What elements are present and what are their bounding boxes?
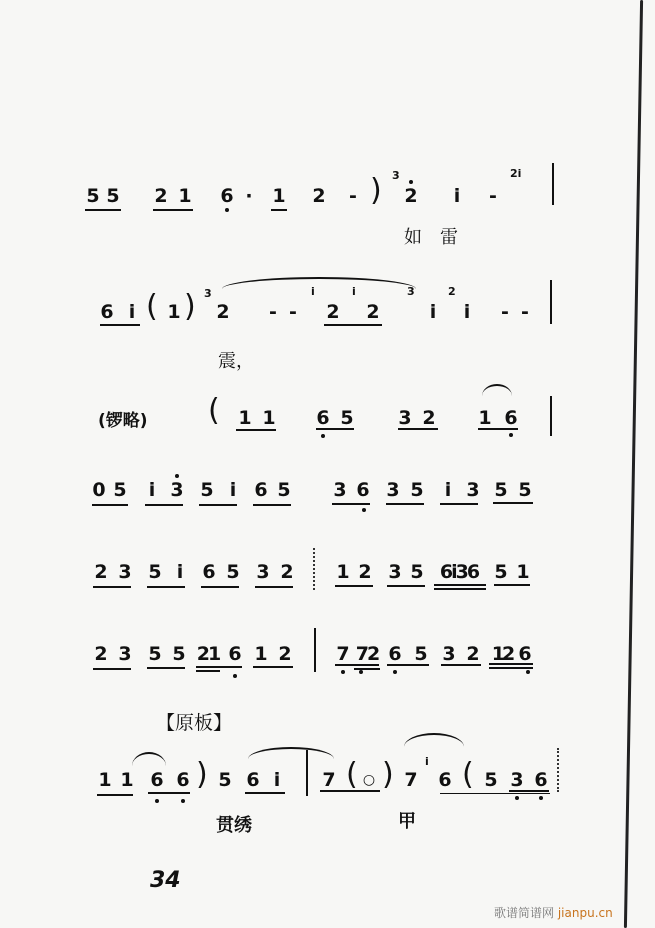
note: 0 bbox=[92, 480, 106, 500]
watermark-latin: jianpu.cn bbox=[558, 906, 613, 920]
barline bbox=[550, 280, 552, 324]
note: i bbox=[173, 562, 187, 582]
note: 5 bbox=[340, 408, 354, 428]
paren: ) bbox=[370, 176, 382, 206]
note: 1 bbox=[167, 302, 181, 322]
note: i bbox=[125, 302, 139, 322]
barline bbox=[306, 750, 308, 796]
note-group: 12 bbox=[490, 644, 514, 664]
grace-note: i bbox=[352, 286, 356, 297]
note: 3 bbox=[170, 480, 184, 500]
percussion-label: (锣略) bbox=[98, 406, 148, 431]
note: 5 bbox=[86, 186, 100, 206]
note: 2 bbox=[404, 186, 418, 206]
note: i bbox=[450, 186, 464, 206]
paren: ( bbox=[146, 292, 158, 322]
note: 5 bbox=[226, 562, 240, 582]
note: 6 bbox=[220, 186, 234, 206]
dash: - bbox=[266, 302, 280, 322]
page-edge bbox=[624, 0, 643, 928]
note: i bbox=[441, 480, 455, 500]
paren: ( bbox=[346, 760, 358, 790]
note: 5 bbox=[218, 770, 232, 790]
note: 1 bbox=[336, 562, 350, 582]
note: 5 bbox=[414, 644, 428, 664]
dash: - bbox=[486, 186, 500, 206]
note: 3 bbox=[118, 644, 132, 664]
note: 5 bbox=[113, 480, 127, 500]
note: 2 bbox=[216, 302, 230, 322]
note: i bbox=[270, 770, 284, 790]
paren: ) bbox=[196, 760, 208, 790]
note: 6 bbox=[534, 770, 548, 790]
note: 7 bbox=[322, 770, 336, 790]
note: 6 bbox=[246, 770, 260, 790]
note: 3 bbox=[256, 562, 270, 582]
note: 1 bbox=[262, 408, 276, 428]
note: 5 bbox=[106, 186, 120, 206]
note: 6 bbox=[228, 644, 242, 664]
note: 2 bbox=[326, 302, 340, 322]
grace-note: 3 bbox=[392, 170, 400, 181]
barline bbox=[550, 396, 552, 436]
grace-note: 2i bbox=[510, 168, 521, 179]
note: 1 bbox=[120, 770, 134, 790]
section-label: 【原板】 bbox=[156, 708, 232, 735]
note-group: 6i36 bbox=[434, 562, 484, 582]
barline bbox=[314, 628, 316, 672]
note: 3 bbox=[388, 562, 402, 582]
grace-note: i bbox=[311, 286, 315, 297]
note: i bbox=[145, 480, 159, 500]
note: 3 bbox=[333, 480, 347, 500]
barline bbox=[552, 163, 554, 205]
note: 5 bbox=[200, 480, 214, 500]
paren: ) bbox=[382, 760, 394, 790]
rest-mark: ○ bbox=[362, 770, 376, 790]
paren: ( bbox=[208, 396, 220, 426]
dot-mark: · bbox=[242, 186, 256, 206]
note: 2 bbox=[278, 644, 292, 664]
note: 5 bbox=[172, 644, 186, 664]
note: 5 bbox=[494, 480, 508, 500]
note: 2 bbox=[422, 408, 436, 428]
grace-note: 3 bbox=[407, 286, 415, 297]
note: 7 bbox=[336, 644, 350, 664]
note: 3 bbox=[466, 480, 480, 500]
note: i bbox=[460, 302, 474, 322]
watermark-cn: 歌谱简谱网 bbox=[494, 906, 554, 920]
note: 2 bbox=[358, 562, 372, 582]
note: 3 bbox=[442, 644, 456, 664]
note: 3 bbox=[510, 770, 524, 790]
paren: ) bbox=[184, 292, 196, 322]
note: 1 bbox=[238, 408, 252, 428]
note: 3 bbox=[386, 480, 400, 500]
note: 3 bbox=[398, 408, 412, 428]
dotted-barline bbox=[557, 748, 559, 792]
page-number: 34 bbox=[150, 868, 181, 893]
note: 6 bbox=[202, 562, 216, 582]
note: 1 bbox=[272, 186, 286, 206]
note: 6 bbox=[438, 770, 452, 790]
note: 6 bbox=[176, 770, 190, 790]
note: 2 bbox=[154, 186, 168, 206]
lyric: 如 bbox=[404, 228, 422, 248]
grace-note: 3 bbox=[204, 288, 212, 299]
dotted-barline bbox=[313, 548, 315, 590]
note: i bbox=[226, 480, 240, 500]
note: 5 bbox=[410, 480, 424, 500]
note: 2 bbox=[280, 562, 294, 582]
lyric: 雷 bbox=[440, 228, 458, 248]
note: 6 bbox=[150, 770, 164, 790]
lyric: 贯绣 bbox=[216, 816, 252, 836]
dash: - bbox=[498, 302, 512, 322]
note: 6 bbox=[316, 408, 330, 428]
lyric: 震， bbox=[218, 352, 254, 372]
note: 5 bbox=[277, 480, 291, 500]
note: 6 bbox=[254, 480, 268, 500]
note: 3 bbox=[118, 562, 132, 582]
note: 2 bbox=[466, 644, 480, 664]
note: 6 bbox=[504, 408, 518, 428]
dash: - bbox=[518, 302, 532, 322]
grace-note: 2 bbox=[448, 286, 456, 297]
note: 2 bbox=[94, 562, 108, 582]
note: 6 bbox=[356, 480, 370, 500]
note: 2 bbox=[312, 186, 326, 206]
note: 2 bbox=[366, 302, 380, 322]
note: 1 bbox=[478, 408, 492, 428]
grace-note: i bbox=[425, 756, 429, 767]
note: 5 bbox=[494, 562, 508, 582]
note: 1 bbox=[254, 644, 268, 664]
note: 2 bbox=[94, 644, 108, 664]
note: 1 bbox=[98, 770, 112, 790]
note: 1 bbox=[516, 562, 530, 582]
dash: - bbox=[346, 186, 360, 206]
note: 1 bbox=[178, 186, 192, 206]
dash: - bbox=[286, 302, 300, 322]
watermark: 歌谱简谱网 jianpu.cn bbox=[494, 904, 613, 921]
note: 6 bbox=[388, 644, 402, 664]
note: 5 bbox=[410, 562, 424, 582]
note: 6 bbox=[518, 644, 532, 664]
paren: ( bbox=[462, 760, 474, 790]
note: 6 bbox=[100, 302, 114, 322]
note: 5 bbox=[484, 770, 498, 790]
note: 5 bbox=[148, 644, 162, 664]
note: 7 bbox=[404, 770, 418, 790]
note: i bbox=[426, 302, 440, 322]
note-group: 72 bbox=[355, 644, 379, 664]
lyric: 甲 bbox=[398, 812, 416, 832]
note-group: 21 bbox=[196, 644, 220, 664]
note: 5 bbox=[148, 562, 162, 582]
note: 5 bbox=[518, 480, 532, 500]
